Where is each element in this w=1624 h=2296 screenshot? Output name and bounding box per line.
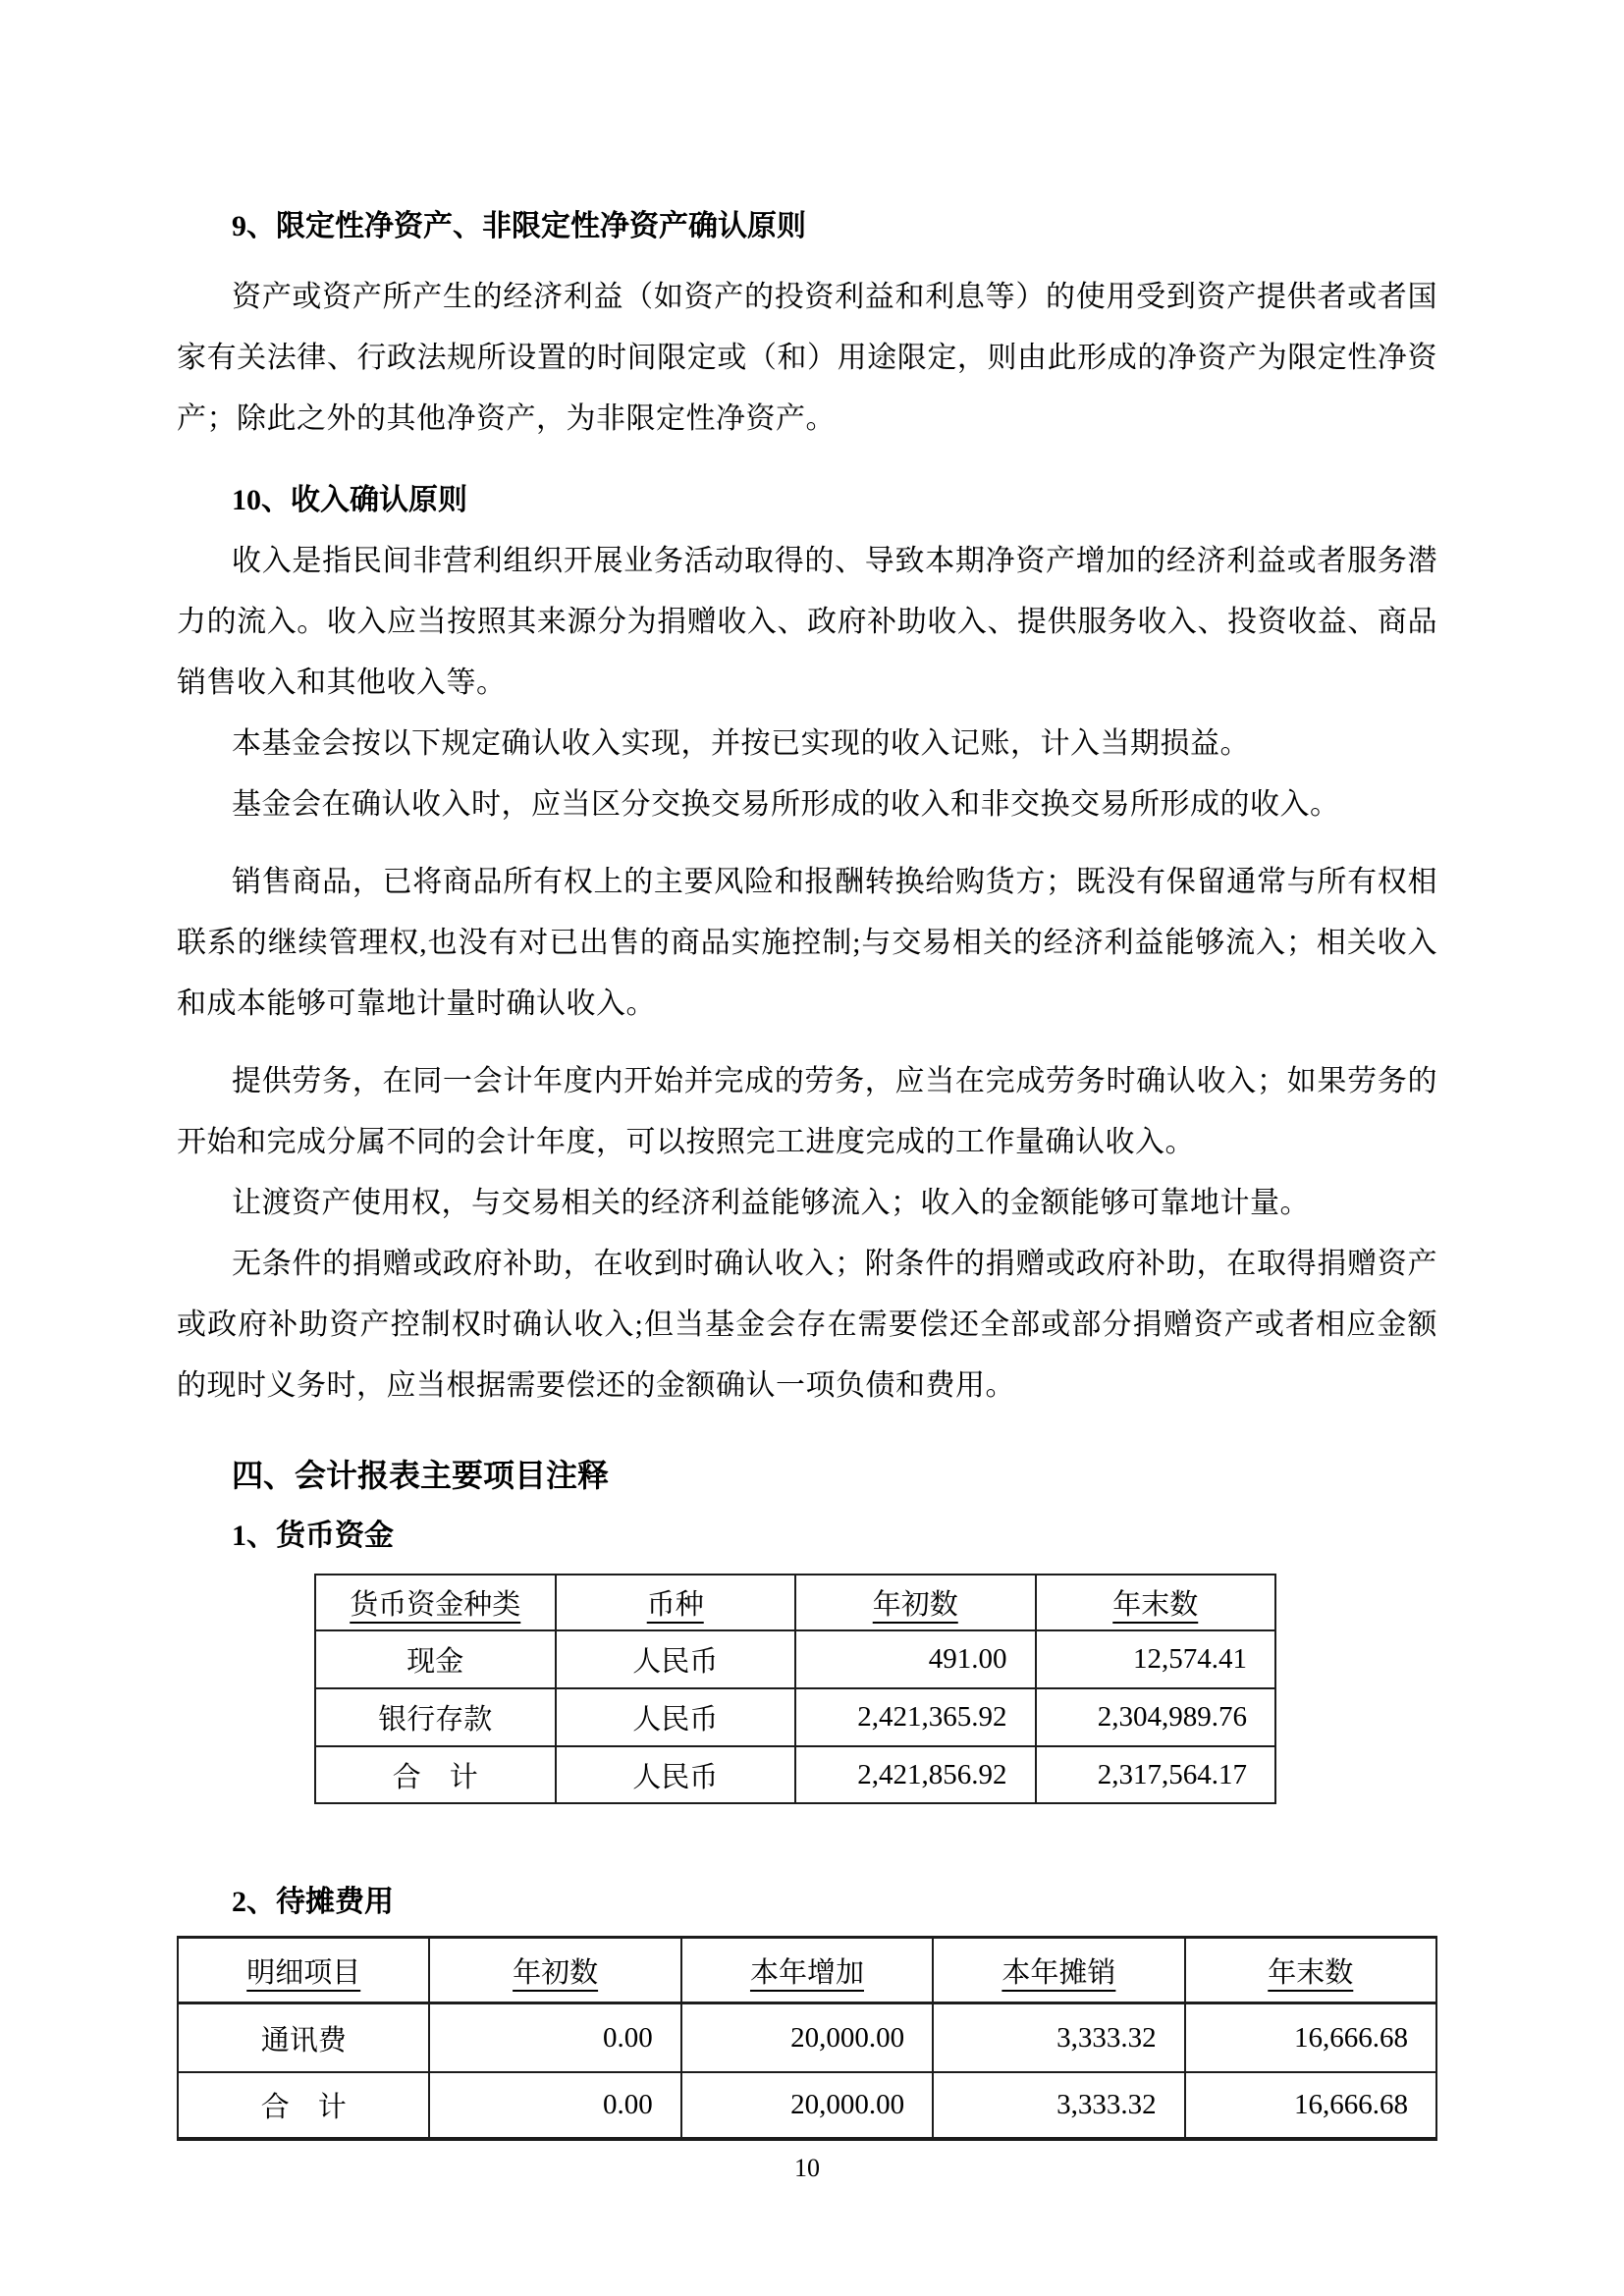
table-cell: 3,333.32: [933, 2072, 1184, 2139]
table-cell: 20,000.00: [681, 2003, 933, 2073]
table-header-row: 货币资金种类 币种 年初数 年末数: [315, 1575, 1275, 1630]
paragraph-revenue-booking: 本基金会按以下规定确认收入实现，并按已实现的收入记账，计入当期损益。: [177, 714, 1437, 774]
table-row-cash: 现金 人民币 491.00 12,574.41: [315, 1630, 1275, 1688]
table-cell: 人民币: [556, 1688, 796, 1746]
paragraph-services: 提供劳务，在同一会计年度内开始并完成的劳务，应当在完成劳务时确认收入；如果劳务的…: [177, 1051, 1437, 1173]
table-header-cell: 本年摊销: [933, 1938, 1184, 2003]
monetary-funds-table: 货币资金种类 币种 年初数 年末数 现金 人民币 491.00 12,574.4…: [314, 1574, 1276, 1804]
heading-revenue-recognition: 10、收入确认原则: [177, 470, 1437, 531]
table-cell: 3,333.32: [933, 2003, 1184, 2073]
table-cell: 2,304,989.76: [1036, 1688, 1276, 1746]
table-cell: 银行存款: [315, 1688, 556, 1746]
table-cell: 合 计: [178, 2072, 429, 2139]
table-cell: 通讯费: [178, 2003, 429, 2073]
paragraph-donations-subsidies: 无条件的捐赠或政府补助，在收到时确认收入；附条件的捐赠或政府补助，在取得捐赠资产…: [177, 1234, 1437, 1416]
table-cell: 0.00: [429, 2072, 680, 2139]
table-header-row: 明细项目 年初数 本年增加 本年摊销 年末数: [178, 1938, 1436, 2003]
paragraph-restricted-net-assets: 资产或资产所产生的经济利益（如资产的投资利益和利息等）的使用受到资产提供者或者国…: [177, 267, 1437, 450]
table-header-cell: 明细项目: [178, 1938, 429, 2003]
table-header-cell: 年末数: [1185, 1938, 1436, 2003]
paragraph-revenue-definition: 收入是指民间非营利组织开展业务活动取得的、导致本期净资产增加的经济利益或者服务潜…: [177, 531, 1437, 714]
table-cell: 人民币: [556, 1630, 796, 1688]
table-cell: 2,317,564.17: [1036, 1746, 1276, 1803]
table-cell: 合 计: [315, 1746, 556, 1803]
prepaid-expenses-table: 明细项目 年初数 本年增加 本年摊销 年末数 通讯费 0.00 20,000.0…: [177, 1936, 1437, 2141]
table-cell: 0.00: [429, 2003, 680, 2073]
table-cell: 491.00: [795, 1630, 1036, 1688]
table-row-total: 合 计 0.00 20,000.00 3,333.32 16,666.68: [178, 2072, 1436, 2139]
document-page: 9、限定性净资产、非限定性净资产确认原则 资产或资产所产生的经济利益（如资产的投…: [0, 0, 1624, 2296]
document-content: 9、限定性净资产、非限定性净资产确认原则 资产或资产所产生的经济利益（如资产的投…: [0, 0, 1624, 2184]
table-cell: 16,666.68: [1185, 2072, 1436, 2139]
paragraph-goods-sales: 销售商品，已将商品所有权上的主要风险和报酬转换给购货方；既没有保留通常与所有权相…: [177, 852, 1437, 1035]
table-header-cell: 年初数: [429, 1938, 680, 2003]
table-row-total: 合 计 人民币 2,421,856.92 2,317,564.17: [315, 1746, 1275, 1803]
table-cell: 2,421,365.92: [795, 1688, 1036, 1746]
table-header-cell: 年末数: [1036, 1575, 1276, 1630]
heading-restricted-net-assets: 9、限定性净资产、非限定性净资产确认原则: [177, 196, 1437, 257]
heading-statement-notes: 四、会计报表主要项目注释: [177, 1445, 1437, 1506]
table-header-cell: 货币资金种类: [315, 1575, 556, 1630]
heading-monetary-funds: 1、货币资金: [177, 1506, 1437, 1567]
paragraph-exchange-transactions: 基金会在确认收入时，应当区分交换交易所形成的收入和非交换交易所形成的收入。: [177, 774, 1437, 835]
table-cell: 现金: [315, 1630, 556, 1688]
table-header-cell: 年初数: [795, 1575, 1036, 1630]
table-cell: 人民币: [556, 1746, 796, 1803]
table-row-communication-fee: 通讯费 0.00 20,000.00 3,333.32 16,666.68: [178, 2003, 1436, 2073]
table-row-bank-deposits: 银行存款 人民币 2,421,365.92 2,304,989.76: [315, 1688, 1275, 1746]
table-cell: 12,574.41: [1036, 1630, 1276, 1688]
paragraph-asset-use-rights: 让渡资产使用权，与交易相关的经济利益能够流入；收入的金额能够可靠地计量。: [177, 1173, 1437, 1234]
table-header-cell: 本年增加: [681, 1938, 933, 2003]
table-cell: 16,666.68: [1185, 2003, 1436, 2073]
page-number: 10: [177, 2153, 1437, 2184]
table-cell: 20,000.00: [681, 2072, 933, 2139]
table-header-cell: 币种: [556, 1575, 796, 1630]
table-cell: 2,421,856.92: [795, 1746, 1036, 1803]
heading-prepaid-expenses: 2、待摊费用: [177, 1872, 1437, 1933]
